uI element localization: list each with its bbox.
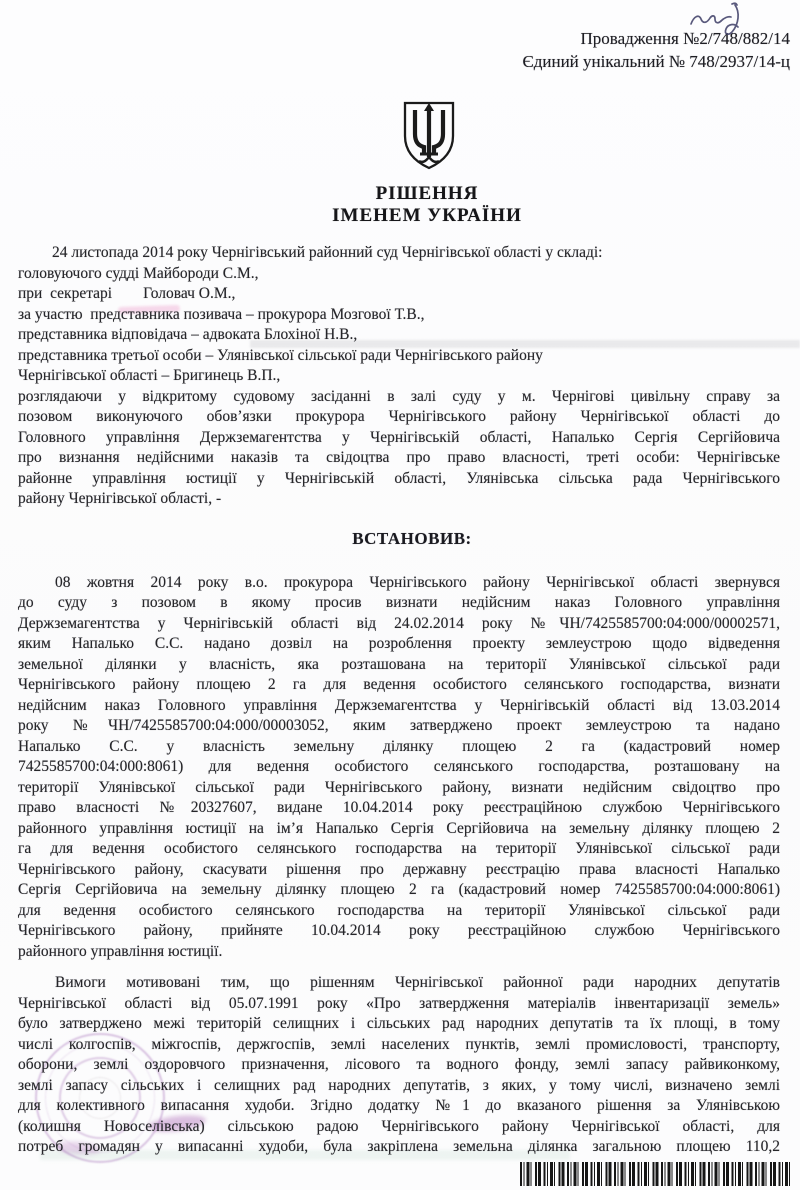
text-line: для ведення особистого селянського госпо…	[18, 901, 780, 922]
title-line-2: ІМЕНЕМ УКРАЇНИ	[27, 205, 800, 227]
text-line: районне управління юстиції у Чернігівськ…	[18, 469, 780, 490]
document-title: РІШЕННЯ ІМЕНЕМ УКРАЇНИ	[27, 183, 800, 227]
text-line: при секретарі Головач О.М.,	[18, 284, 780, 305]
text-line: районного управління юстиції на ім’я Нап…	[18, 819, 780, 840]
text-line: оборони, землі оздоровчого призначення, …	[18, 1055, 780, 1076]
text-line: право власності №20327607, видане 10.04.…	[18, 798, 780, 819]
text-line: було затверджено межі територій селищних…	[18, 1014, 780, 1035]
court-roster: головуючого судді Майбороди С.М.,при сек…	[18, 264, 780, 387]
text-line: року №ЧН/7425585700:04:000/00003052, яки…	[18, 716, 780, 737]
text-line: недійсним наказ Головного управління Дер…	[18, 696, 780, 717]
case-unique-number: Єдиний унікальний № 748/2937/14-ц	[523, 50, 790, 73]
text-line: Головного управління Держземагентства у …	[18, 428, 780, 449]
facts-paragraph-1: 08 жовтня 2014 року в.о. прокурора Черні…	[18, 573, 780, 963]
scanned-court-decision-page: Провадження №2/748/882/14 Єдиний унікаль…	[0, 0, 800, 1190]
intro-paragraph: 24 листопада 2014 року Чернігівський рай…	[18, 243, 780, 264]
text-line: Сергія Сергійовича на земельну ділянку п…	[18, 880, 780, 901]
text-line: числі колгоспів, міжгоспів, держгоспів, …	[18, 1035, 780, 1056]
text-line: за участю представника позивача – прокур…	[18, 305, 780, 326]
text-line: представника відповідача – адвоката Блох…	[18, 325, 780, 346]
text-line: Чернігівської області від 05.07.1991 рок…	[18, 994, 780, 1015]
established-heading: ВСТАНОВИВ:	[18, 528, 780, 550]
text-line: Чернігівського району, скасувати рішення…	[18, 860, 780, 881]
text-line: Напалько С.С. у власність земельну ділян…	[18, 737, 780, 758]
text-line: району Чернігівської області, -	[18, 489, 780, 510]
text-line: районного управління юстиції.	[18, 942, 780, 963]
text-line: Держземагентства у Чернігівській області…	[18, 614, 780, 635]
text-line: до суду з позовом в якому просив визнати…	[18, 593, 780, 614]
text-line: 24 листопада 2014 року Чернігівський рай…	[18, 243, 780, 264]
handwritten-initials-icon	[688, 2, 752, 38]
text-line: (колишня Новоселівська) сільською радою …	[18, 1117, 780, 1138]
case-description-paragraph: розглядаючи у відкритому судовому засіда…	[18, 387, 780, 510]
text-line: території Улянівської сільської ради Чер…	[18, 778, 780, 799]
text-line: для колективного випасання худоби. Згідн…	[18, 1096, 780, 1117]
text-line: представника третьої особи – Улянівської…	[18, 346, 780, 367]
text-line: га для ведення особистого селянського го…	[18, 839, 780, 860]
text-line: Чернігівського району площею 2 га для ве…	[18, 675, 780, 696]
text-line: Чернігівського району, прийняте 10.04.20…	[18, 921, 780, 942]
text-line: позовом виконуючого обов’язки прокурора …	[18, 407, 780, 428]
text-line: яким Напалько С.С. надано дозвіл на розр…	[18, 634, 780, 655]
text-line: землі запасу сільських і селищних рад на…	[18, 1076, 780, 1097]
facts-paragraph-2: Вимоги мотивовані тим, що рішенням Черні…	[18, 973, 780, 1158]
text-line: головуючого судді Майбороди С.М.,	[18, 264, 780, 285]
text-line: земельної ділянки у власність, яка розта…	[18, 655, 780, 676]
text-line: Вимоги мотивовані тим, що рішенням Черні…	[18, 973, 780, 994]
text-line: потреб громадян у випасанні худоби, була…	[18, 1137, 780, 1158]
text-line: 7425585700:04:000:8061) для ведення особ…	[18, 757, 780, 778]
document-body: 24 листопада 2014 року Чернігівський рай…	[18, 243, 780, 1158]
ukraine-trident-emblem-icon	[401, 100, 457, 171]
text-line: про визнання недійсними наказів та свідо…	[18, 448, 780, 469]
title-line-1: РІШЕННЯ	[27, 183, 800, 205]
text-line: розглядаючи у відкритому судовому засіда…	[18, 387, 780, 408]
text-line: Чернігівської області – Бригинець В.П.,	[18, 366, 780, 387]
document-barcode-icon	[520, 1162, 792, 1186]
text-line: 08 жовтня 2014 року в.о. прокурора Черні…	[18, 573, 780, 594]
